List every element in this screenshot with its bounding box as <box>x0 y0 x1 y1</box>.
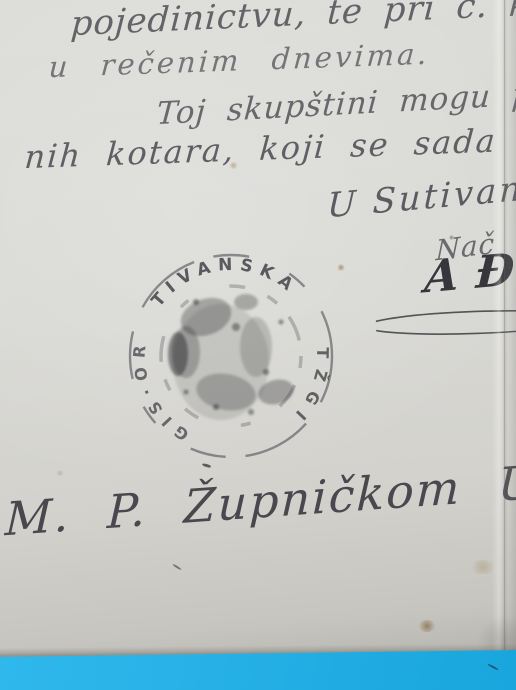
paper-corner-shadow <box>456 600 516 660</box>
stain <box>449 235 454 240</box>
ink-speck <box>172 564 182 571</box>
handwritten-place-line: U Sutivan <box>327 169 516 226</box>
handwritten-line-2: u rečenim dnevima. <box>48 37 431 84</box>
handwritten-line-4: nih kotara, koji se sada <box>23 122 498 177</box>
paper-sheet: pojedinictvu, te pri c. k. zap u rečenim… <box>0 0 516 690</box>
paper-bottom-edge <box>0 643 516 657</box>
round-ink-stamp: TIVANSKA TŽGI GIS·OREI <box>126 242 341 470</box>
paper-fold-crease <box>504 0 505 690</box>
stain <box>229 162 238 169</box>
handwritten-line-1: pojedinictvu, te pri c. k. zap <box>70 0 516 44</box>
stain <box>337 264 345 271</box>
stain <box>418 620 436 632</box>
stamp-ink-smudge <box>168 291 296 420</box>
photograph-of-document: pojedinictvu, te pri c. k. zap u rečenim… <box>0 0 516 690</box>
fiber-speck <box>487 663 499 670</box>
stain <box>56 470 64 476</box>
